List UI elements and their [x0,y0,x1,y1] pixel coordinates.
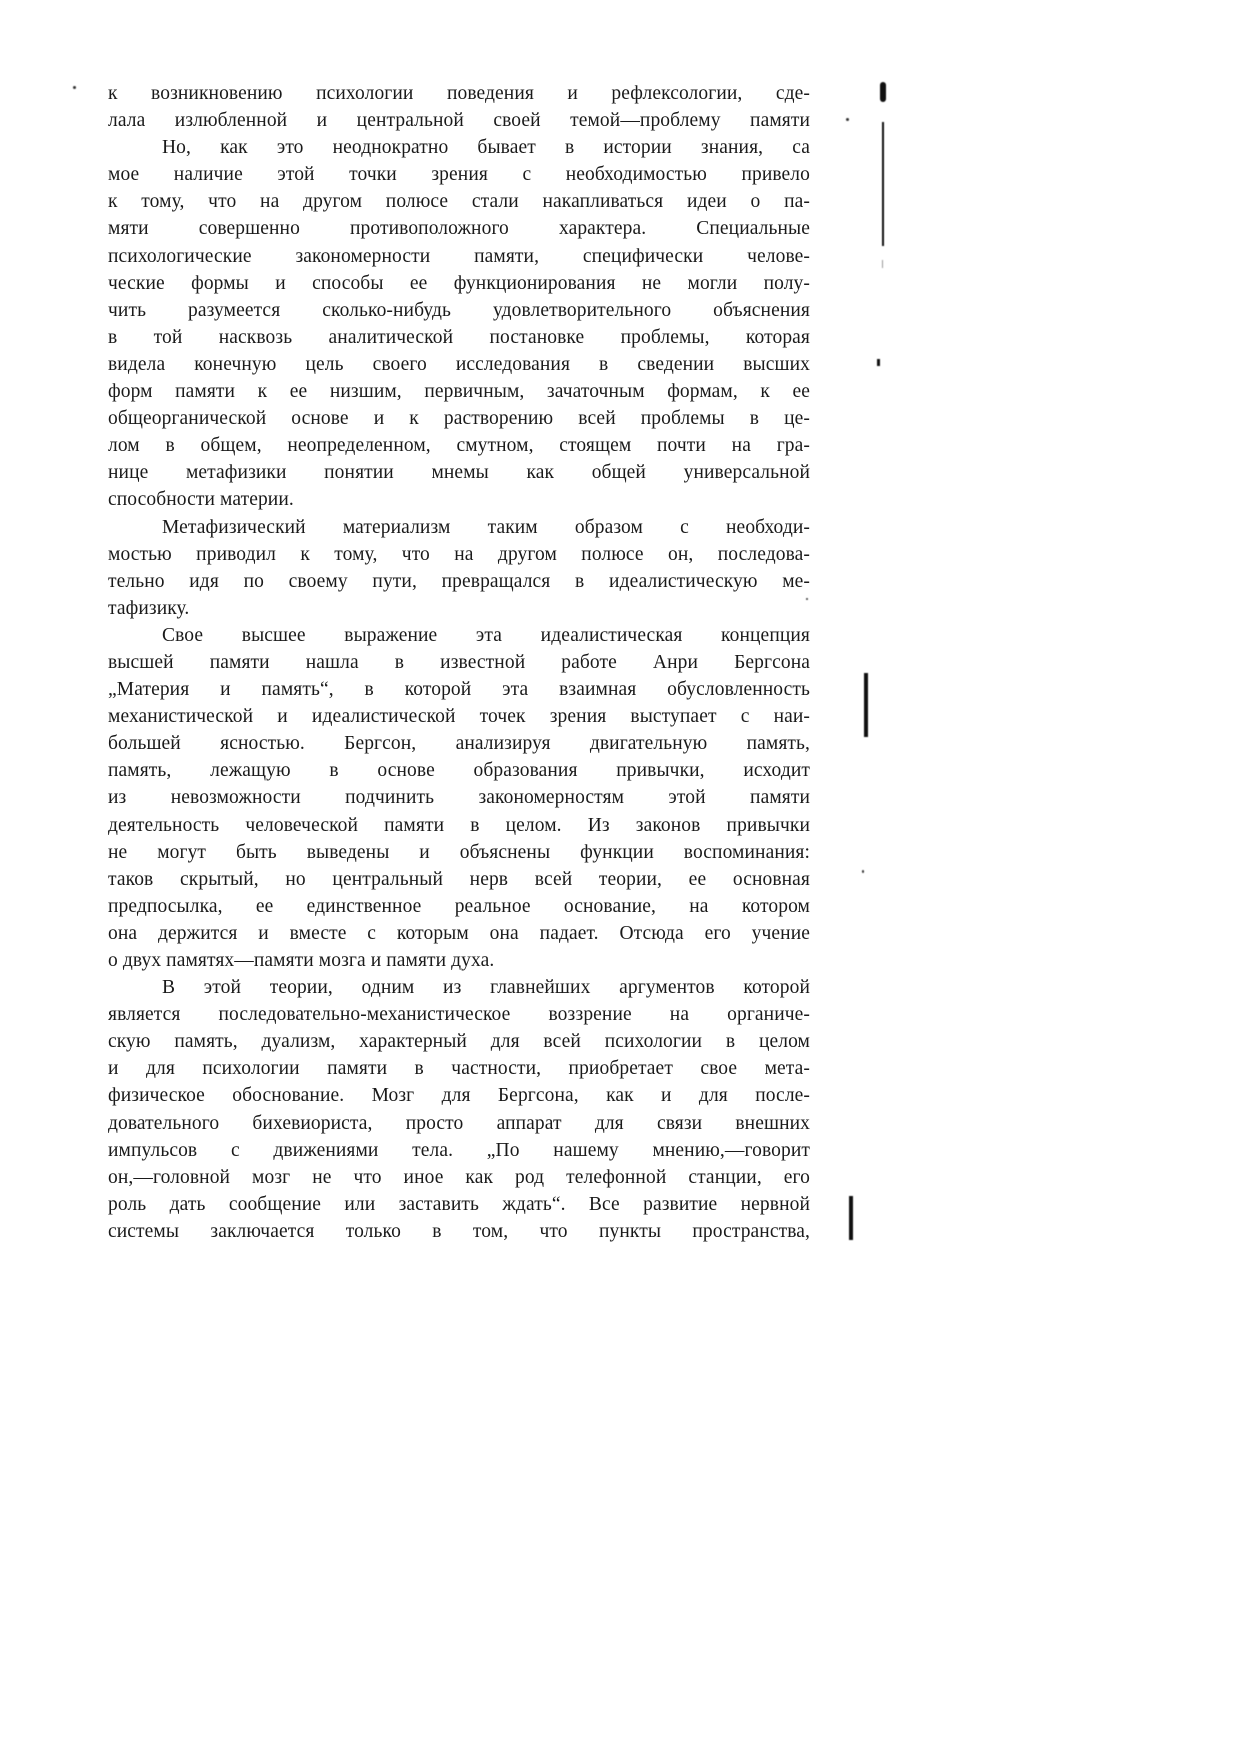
text-line: является последовательно-механистическое… [108,1001,810,1028]
body-text: к возникновению психологии поведения и р… [108,80,810,1245]
text-line: к тому, что на другом полюсе стали накап… [108,188,810,215]
text-line: тафизику. [108,595,810,622]
text-line: В этой теории, одним из главнейших аргум… [108,974,810,1001]
text-line: системы заключается только в том, что пу… [108,1218,810,1245]
scan-speck [806,598,808,600]
text-line: он,—головной мозг не что иное как род те… [108,1164,810,1191]
text-line: довательного бихевиориста, просто аппара… [108,1110,810,1137]
text-line: о двух памятях—памяти мозга и памяти дух… [108,947,810,974]
text-line: ческие формы и способы ее функционирован… [108,270,810,297]
text-line: общеорганической основе и к растворению … [108,405,810,432]
text-line: лом в общем, неопределенном, смутном, ст… [108,432,810,459]
text-line: высшей памяти нашла в известной работе А… [108,649,810,676]
text-line: мяти совершенно противоположного характе… [108,215,810,242]
scan-speck [846,118,849,121]
text-line: не могут быть выведены и объяснены функц… [108,839,810,866]
text-line: импульсов с движениями тела. „По нашему … [108,1137,810,1164]
text-line: к возникновению психологии поведения и р… [108,80,810,107]
text-line: видела конечную цель своего исследования… [108,351,810,378]
scanned-page: к возникновению психологии поведения и р… [0,0,1240,1752]
text-line: память, лежащую в основе образования при… [108,757,810,784]
text-line: мостью приводил к тому, что на другом по… [108,541,810,568]
scan-edge-mark [880,82,886,102]
scan-edge-speck [882,260,883,268]
text-line: большей ясностью. Бергсон, анализируя дв… [108,730,810,757]
scan-edge-line [849,1196,853,1240]
text-line: форм памяти к ее низшим, первичным, зача… [108,378,810,405]
text-line: психологические закономерности памяти, с… [108,243,810,270]
text-line: чить разумеется сколько-нибудь удовлетво… [108,297,810,324]
text-line: таков скрытый, но центральный нерв всей … [108,866,810,893]
scan-edge-line [864,673,868,737]
scan-edge-line [882,122,884,246]
text-line: роль дать сообщение или заставить ждать“… [108,1191,810,1218]
text-line: нице метафизики понятии мнемы как общей … [108,459,810,486]
scan-speck [73,86,76,89]
scan-edge-mark [877,359,880,366]
text-line: она держится и вместе с которым она пада… [108,920,810,947]
text-line: „Материя и память“, в которой эта взаимн… [108,676,810,703]
text-line: способности материи. [108,486,810,513]
text-line: тельно идя по своему пути, превращался в… [108,568,810,595]
text-line: Свое высшее выражение эта идеалистическа… [108,622,810,649]
text-line: из невозможности подчинить закономерност… [108,784,810,811]
text-line: лала излюбленной и центральной своей тем… [108,107,810,134]
text-line: мое наличие этой точки зрения с необходи… [108,161,810,188]
text-line: механистической и идеалистической точек … [108,703,810,730]
text-line: Но, как это неоднократно бывает в истори… [108,134,810,161]
scan-speck [862,870,864,873]
text-line: Метафизический материализм таким образом… [108,514,810,541]
text-line: деятельность человеческой памяти в целом… [108,812,810,839]
text-line: в той насквозь аналитической постановке … [108,324,810,351]
text-line: скую память, дуализм, характерный для вс… [108,1028,810,1055]
text-line: и для психологии памяти в частности, при… [108,1055,810,1082]
text-line: предпосылка, ее единственное реальное ос… [108,893,810,920]
text-line: физическое обоснование. Мозг для Бергсон… [108,1082,810,1109]
